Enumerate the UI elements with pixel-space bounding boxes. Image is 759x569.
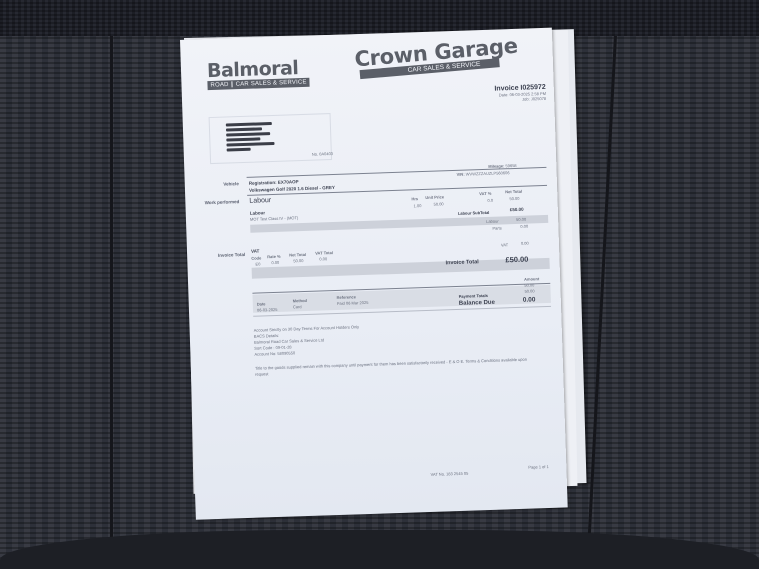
mileage-label: Mileage: <box>488 163 504 169</box>
seat-headrest-area <box>0 0 759 36</box>
work-performed-label: Work performed <box>185 199 239 206</box>
labour-subtotal-label: Labour SubTotal <box>458 210 490 216</box>
payment-method: Card <box>293 304 302 309</box>
vin-value: WVWZZZAUZLP560606 <box>466 170 510 176</box>
summary-labour-label: Labour <box>486 219 499 224</box>
payments-col-method: Method <box>293 298 307 303</box>
labour-subtotal-value: £50.00 <box>510 207 524 212</box>
payments-col-reference: Reference <box>337 294 356 300</box>
vat-col-code: Code <box>251 255 261 260</box>
redacted-line <box>226 127 262 131</box>
vin-label: VIN: <box>457 172 465 177</box>
vehicle-label: Vehicle <box>185 181 239 188</box>
invoice-total-label: Invoice Total <box>445 259 478 266</box>
payment-totals-label: Payment Totals <box>459 293 488 299</box>
mileage-value: 59658 <box>505 163 516 168</box>
summary-vat-value: 0.00 <box>521 241 529 246</box>
redacted-line <box>226 142 274 147</box>
summary-parts-label: Parts <box>492 225 502 230</box>
labour-item-vat: 0.0 <box>487 198 493 203</box>
redacted-line <box>227 148 251 152</box>
seat-cushion-edge <box>0 530 759 569</box>
customer-account-no: No. 0A0403 <box>312 151 333 157</box>
vehicle-registration: Registration: EX70AOP <box>249 179 299 186</box>
redacted-line <box>226 132 270 136</box>
col-hrs: Hrs <box>411 196 418 201</box>
balance-due-value: 0.00 <box>523 296 536 303</box>
vin: VIN: WVWZZZAUZLP560606 <box>457 170 510 177</box>
footer-vat-number: VAT No. 183 2545 05 <box>430 471 468 477</box>
crown-garage-logo: Crown Garage CAR SALES & SERVICE <box>354 35 520 80</box>
balmoral-logo-text: Balmoral <box>207 58 310 81</box>
balmoral-tag-service: CAR SALES & SERVICE <box>236 79 307 87</box>
vat-row-rate: 0.00 <box>271 260 279 265</box>
balmoral-logo: Balmoral ROADCAR SALES & SERVICE <box>207 58 310 90</box>
col-unit-price: Unit Price <box>425 194 444 200</box>
vat-row-code: E0 <box>255 261 260 266</box>
invoice-total-value: £50.00 <box>505 255 528 265</box>
payment-date: 06-03-2025 <box>257 307 278 313</box>
payments-col-date: Date <box>257 301 266 306</box>
invoice-page: Balmoral ROADCAR SALES & SERVICE Crown G… <box>180 28 568 520</box>
labour-item-hrs: 1.00 <box>414 203 422 208</box>
terms-text: Title to the goods supplied remain with … <box>255 356 537 377</box>
payment-reference: Paid 06 Mar 2025 <box>337 300 369 306</box>
balance-due-label: Balance Due <box>459 300 495 307</box>
payments-col-amount: Amount <box>524 276 539 281</box>
payment-notes: Account Strictly on 30 Day Terms For Acc… <box>254 324 360 357</box>
invoice-total-section-label: Invoice Total <box>191 252 245 259</box>
labour-item-category: Labour <box>250 210 265 216</box>
seat-seam-left <box>110 36 113 569</box>
summary-vat-label: VAT <box>501 242 508 247</box>
payment-amount: 50.00 <box>524 282 534 287</box>
vat-row-net: 50.00 <box>293 258 303 263</box>
footer-page-number: Page 1 of 1 <box>528 464 549 470</box>
redacted-line <box>226 122 272 127</box>
vat-col-rate: Rate % <box>267 254 281 259</box>
col-vat: VAT % <box>479 191 491 196</box>
balmoral-tag-road: ROAD <box>210 82 228 89</box>
redacted-line <box>226 137 260 141</box>
vat-col-net: Net Total <box>289 252 306 258</box>
vat-row-vat: 0.00 <box>319 256 327 261</box>
labour-item-description: MOT Test Class IV - (MOT) <box>250 215 298 222</box>
labour-section-title: Labour <box>249 197 271 205</box>
invoice-header: Invoice I025972 Date: 06-03-2025 2:58 PM… <box>494 84 546 103</box>
vat-col-vat: VAT Total <box>315 250 333 256</box>
payment-totals-value: 50.00 <box>524 288 534 293</box>
labour-item-net-total: 50.00 <box>509 196 519 201</box>
summary-parts-value: 0.00 <box>520 224 528 229</box>
mileage: Mileage: 59658 <box>488 163 516 169</box>
summary-labour-value: 50.00 <box>516 217 526 222</box>
vat-table-title: VAT <box>251 248 260 253</box>
col-net-total: Net Total <box>505 189 522 195</box>
labour-item-unit-price: 50.00 <box>434 201 444 206</box>
